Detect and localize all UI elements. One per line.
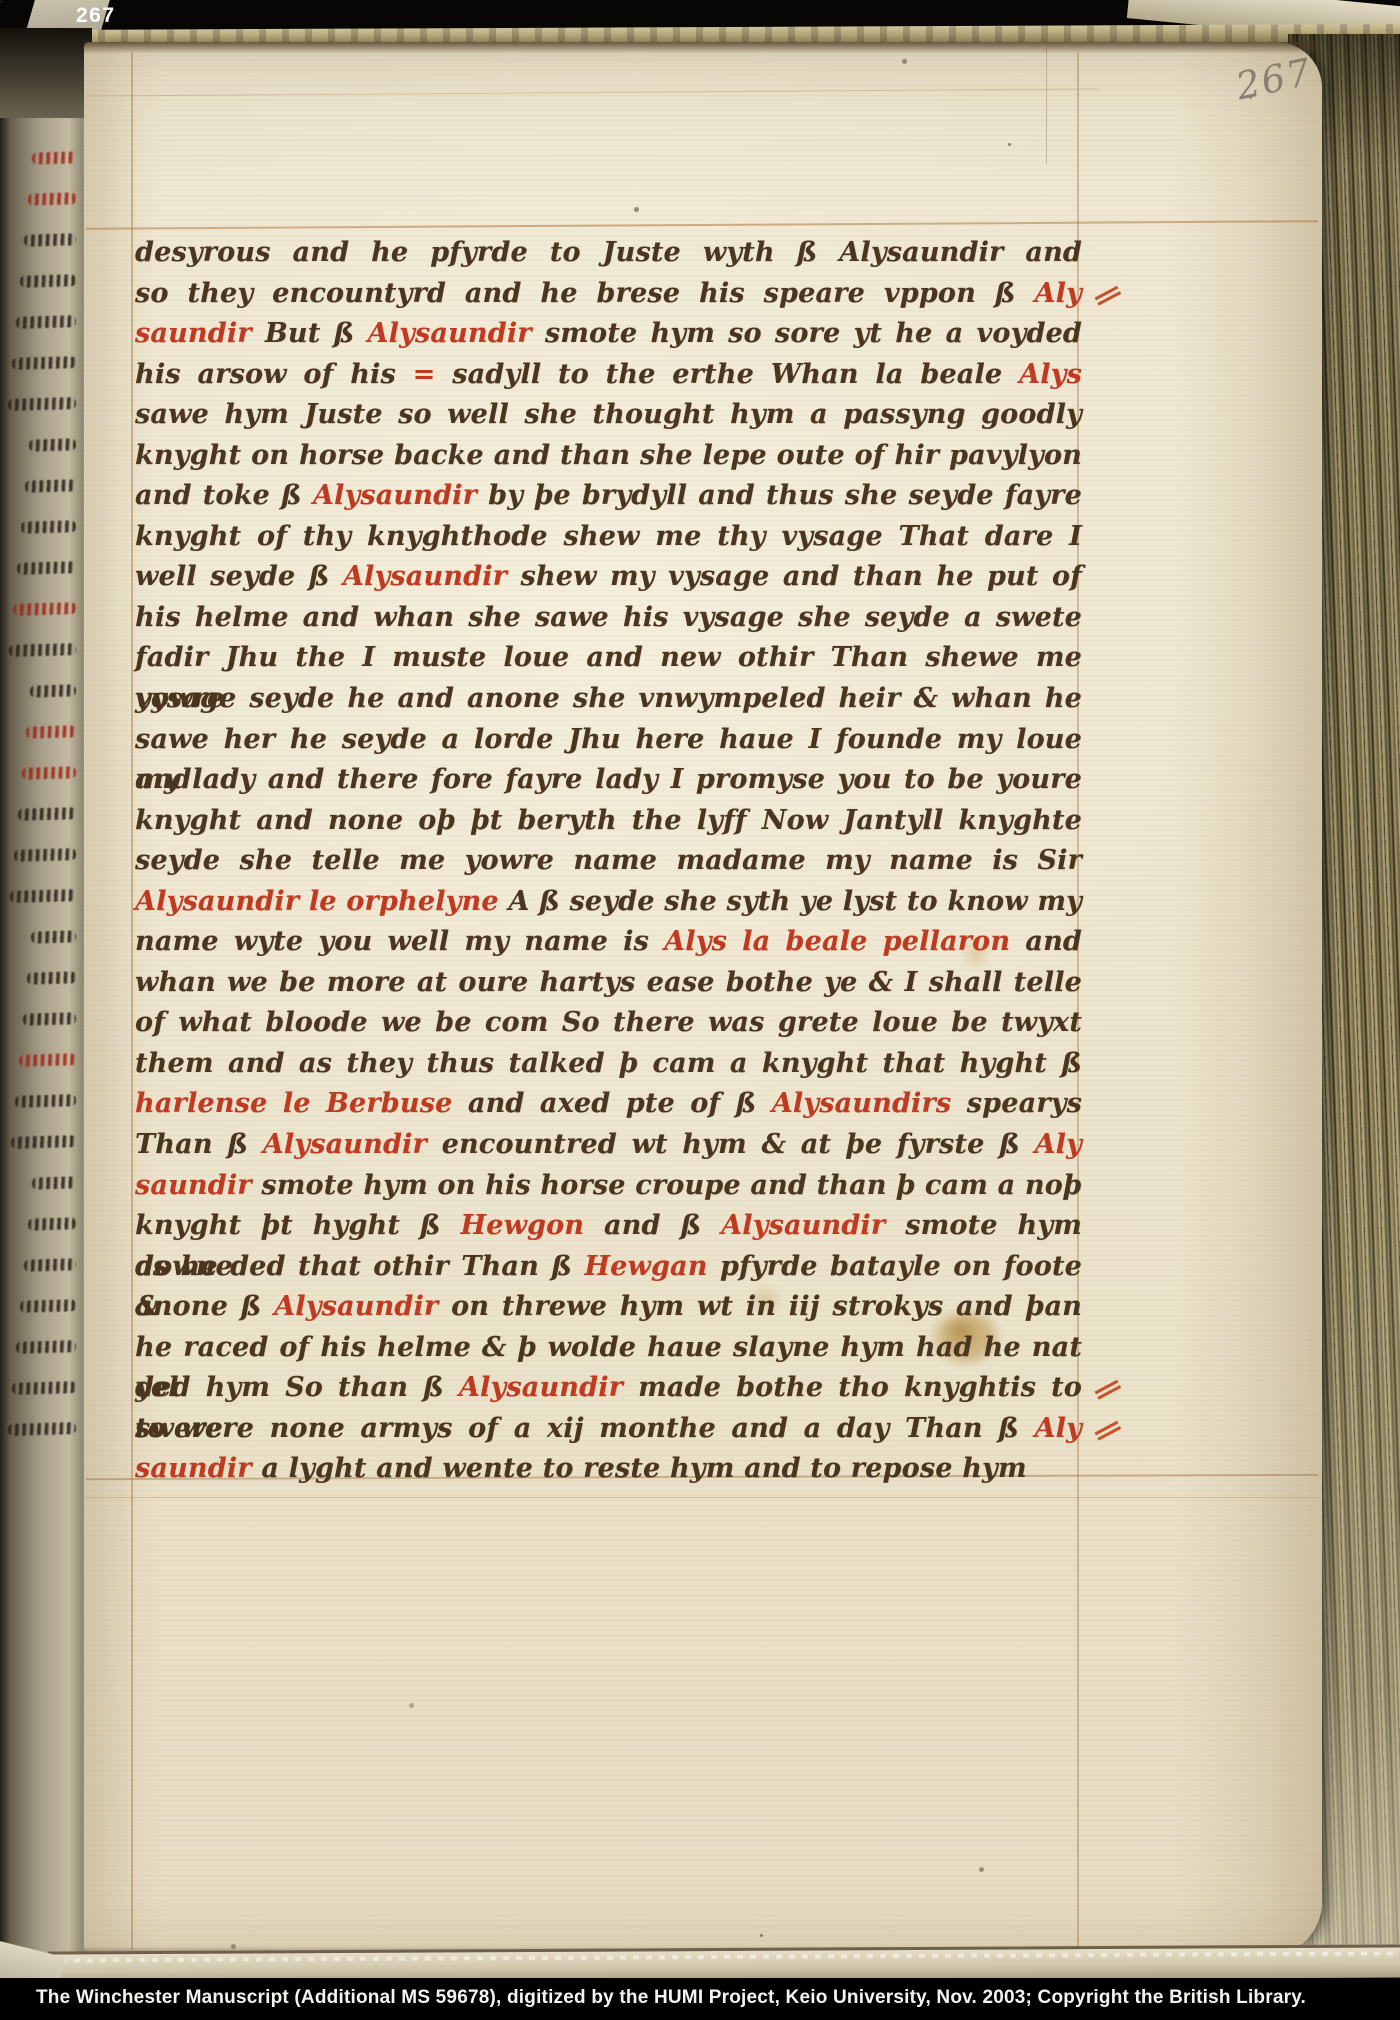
rubricated-text: Aly [1035, 1413, 1083, 1444]
rubricated-text: Hewgan [584, 1251, 707, 1282]
ink-text: Than ß [135, 1129, 263, 1160]
gutter-ghost-text-line [22, 766, 76, 780]
ink-text: name wyte you well my name is [135, 926, 664, 957]
page-crease [1046, 44, 1047, 164]
rubricated-text: Alysaundir [263, 1129, 427, 1160]
ink-text: desyrous and he pfyrde to Juste wyth ß A… [135, 237, 1082, 268]
rubricated-text: saundir [135, 1170, 252, 1201]
gutter-ghost-text-line [12, 356, 76, 370]
ink-text: seyde she telle me yowre name madame my … [135, 845, 1082, 876]
ink-text: on threwe hym wt in iij strokys and þan [438, 1291, 1082, 1322]
gutter-ghost-text-line [11, 1135, 76, 1149]
gutter-ghost-text-line [32, 151, 76, 164]
manuscript-line: seyde she telle me yowre name madame my … [135, 841, 1082, 882]
manuscript-line: Than ß Alysaundir encountred wt hym & at… [135, 1125, 1082, 1166]
gutter-ghost-text-line [16, 315, 76, 329]
rubricated-text: Alysaundir [343, 561, 507, 592]
ink-text: and axed pte of ß [453, 1088, 772, 1119]
ink-text: as he ded that othir Than ß [135, 1251, 584, 1282]
manuscript-line: knyght and none oþ þt beryth the lyff No… [135, 801, 1082, 842]
gutter-ghost-text-line [26, 725, 76, 738]
gutter-ghost-text-line [25, 479, 76, 492]
ink-specks [0, 0, 3, 3]
ink-text: whan we be more at oure hartys ease both… [135, 967, 1082, 998]
gutter-ghost-text-line [14, 848, 76, 862]
gutter-ghost-text-line [27, 971, 76, 984]
gutter-ghost-text-line [21, 520, 76, 534]
ink-text: to were none armys of a xij monthe and a… [135, 1413, 1035, 1444]
ink-text: so they encountyrd and he brese his spea… [135, 278, 1035, 309]
ink-text: ded hym So than ß [135, 1372, 459, 1403]
manuscript-line: to were none armys of a xij monthe and a… [135, 1409, 1082, 1450]
gutter-ghost-text-line [29, 438, 76, 451]
gutter-ghost-text-line [24, 233, 76, 246]
ink-text: by þe brydyll and thus she seyde fayre [477, 480, 1082, 511]
ruling-vertical-left [131, 52, 133, 1950]
manuscript-line: he raced of his helme & þ wolde haue sla… [135, 1328, 1082, 1369]
gutter-ghost-text-line [19, 1053, 76, 1067]
rubricated-text: Alysaundir [367, 318, 531, 349]
gutter-ghost-text-line [18, 807, 76, 821]
ink-text: anone ß [135, 1291, 274, 1322]
ink-text: sawe hym Juste so well she thought hym a… [135, 399, 1082, 430]
manuscript-line: my lady and there fore fayre lady I prom… [135, 760, 1082, 801]
ink-text: knyght þt hyght ß [135, 1210, 460, 1241]
gutter-ghost-text-line [12, 1381, 76, 1395]
ink-text: of what bloode we be com So there was gr… [135, 1007, 1082, 1038]
rubricated-text: Alysaundirs [772, 1088, 952, 1119]
ink-text: and toke ß [135, 480, 313, 511]
ink-text: smote hym so sore yt he a voyded [532, 318, 1082, 349]
manuscript-line: fadir Jhu the I muste loue and new othir… [135, 638, 1082, 679]
gutter-ghost-text-line [10, 889, 76, 903]
gutter-shadow-upper [0, 28, 92, 128]
gutter-ghost-text-line [9, 643, 76, 657]
manuscript-line: knyght þt hyght ß Hewgon and ß Alysaundi… [135, 1206, 1082, 1247]
gutter-ghost-text-line [8, 397, 76, 411]
gutter-ghost-text-line [20, 1299, 76, 1313]
rubricated-text: saundir [135, 1453, 252, 1484]
manuscript-photo-frame: 267 267 desyrous and he pfyrde to Juste … [0, 0, 1400, 2020]
manuscript-line: ded hym So than ß Alysaundir made bothe … [135, 1368, 1082, 1409]
rubricated-text: Aly [1035, 278, 1083, 309]
manuscript-line: Alysaundir le orphelyne A ß seyde she sy… [135, 882, 1082, 923]
page-number-label: 267 [76, 4, 116, 28]
ink-text: and [1010, 926, 1082, 957]
gutter-ghost-text [4, 152, 78, 1464]
gutter-ghost-text-line [31, 930, 76, 943]
ink-text: sadyll to the erthe Whan la beale [435, 359, 1019, 390]
manuscript-line: anone ß Alysaundir on threwe hym wt in i… [135, 1287, 1082, 1328]
ink-text: well seyde ß [135, 561, 343, 592]
manuscript-line: sawe her he seyde a lorde Jhu here haue … [135, 720, 1082, 761]
rubricated-text: Alysaundir le orphelyne [135, 886, 499, 917]
ink-text: his arsow of his [135, 359, 413, 390]
gutter-ghost-text-line [28, 1217, 76, 1230]
rubricated-text: Hewgon [460, 1210, 584, 1241]
manuscript-line: his helme and whan she sawe his vysage s… [135, 598, 1082, 639]
rubricated-text: harlense le Berbuse [135, 1088, 453, 1119]
ink-text: spearys [951, 1088, 1082, 1119]
manuscript-line: saundir a lyght and wente to reste hym a… [135, 1449, 1082, 1490]
ink-text: knyght of thy knyghthode shew me thy vys… [135, 521, 1082, 552]
ink-text: A ß seyde she syth ye lyst to know my [499, 886, 1082, 917]
rubricated-text: Alys [1019, 359, 1082, 390]
gutter-ghost-text-line [16, 1340, 76, 1354]
rubricated-text: Alys la beale pellaron [664, 926, 1010, 957]
rubricated-text: Alysaundir [274, 1291, 438, 1322]
manuscript-line: well seyde ß Alysaundir shew my vysage a… [135, 557, 1082, 598]
caption-bar: The Winchester Manuscript (Additional MS… [0, 1978, 1400, 2020]
manuscript-line: knyght on horse backe and than she lepe … [135, 436, 1082, 477]
manuscript-line: and toke ß Alysaundir by þe brydyll and … [135, 476, 1082, 517]
manuscript-line: vysage seyde he and anone she vnwympeled… [135, 679, 1082, 720]
manuscript-line: desyrous and he pfyrde to Juste wyth ß A… [135, 233, 1082, 274]
manuscript-line: saundir smote hym on his horse croupe an… [135, 1166, 1082, 1207]
manuscript-line: as he ded that othir Than ß Hewgan pfyrd… [135, 1247, 1082, 1288]
ink-text: shew my vysage and than he put of [507, 561, 1082, 592]
ink-text: a lyght and wente to reste hym and to re… [252, 1453, 1027, 1484]
ruling-horizontal-bottom-second [86, 1497, 1318, 1498]
gutter-ghost-text-line [8, 1422, 76, 1436]
gutter-ghost-text-line [23, 1012, 76, 1025]
rubricated-text: Alysaundir [459, 1372, 623, 1403]
rubricated-text: = [413, 359, 436, 390]
rubricated-text: saundir [135, 318, 265, 349]
rubricated-text: Alysaundir [721, 1210, 885, 1241]
manuscript-line: sawe hym Juste so well she thought hym a… [135, 395, 1082, 436]
manuscript-line: of what bloode we be com So there was gr… [135, 1003, 1082, 1044]
tail-edge-stitching [48, 1951, 1400, 1962]
ink-text: my lady and there fore fayre lady I prom… [135, 764, 1082, 795]
ink-text: knyght on horse backe and than she lepe … [135, 440, 1082, 471]
gutter-ghost-text-line [24, 1258, 76, 1271]
gutter-ghost-text-line [28, 192, 76, 205]
gutter-ghost-text-line [20, 274, 76, 288]
manuscript-line: whan we be more at oure hartys ease both… [135, 963, 1082, 1004]
rubricated-text: Aly [1035, 1129, 1083, 1160]
ink-text: and ß [584, 1210, 721, 1241]
manuscript-line: name wyte you well my name is Alys la be… [135, 922, 1082, 963]
manuscript-text-block: desyrous and he pfyrde to Juste wyth ß A… [135, 233, 1082, 1490]
gutter-ghost-text-line [32, 1176, 76, 1189]
gutter-ghost-text-line [13, 602, 76, 616]
ink-text: vysage seyde he and anone she vnwympeled… [135, 683, 1082, 714]
rubricated-text: Alysaundir [313, 480, 477, 511]
gutter-ghost-text-line [15, 1094, 76, 1108]
manuscript-line: harlense le Berbuse and axed pte of ß Al… [135, 1084, 1082, 1125]
ink-text: encountred wt hym & at þe fyrste ß [427, 1129, 1035, 1160]
manuscript-line: his arsow of his = sadyll to the erthe W… [135, 355, 1082, 396]
gutter-ghost-text-line [17, 561, 76, 575]
manuscript-line: saundir But ß Alysaundir smote hym so so… [135, 314, 1082, 355]
ink-text: knyght and none oþ þt beryth the lyff No… [135, 805, 1082, 836]
ink-text: But ß [265, 318, 368, 349]
ink-text: them and as they thus talked þ cam a kny… [135, 1048, 1082, 1079]
page-top-seam [84, 42, 1322, 54]
caption-text: The Winchester Manuscript (Additional MS… [36, 1987, 1306, 2009]
manuscript-line: them and as they thus talked þ cam a kny… [135, 1044, 1082, 1085]
manuscript-line: knyght of thy knyghthode shew me thy vys… [135, 517, 1082, 558]
manuscript-line: so they encountyrd and he brese his spea… [135, 274, 1082, 315]
ink-text: smote hym on his horse croupe and than þ… [252, 1170, 1082, 1201]
gutter-ghost-text-line [30, 684, 76, 697]
gutter-page-strip [0, 118, 90, 1960]
ink-text: his helme and whan she sawe his vysage s… [135, 602, 1082, 633]
